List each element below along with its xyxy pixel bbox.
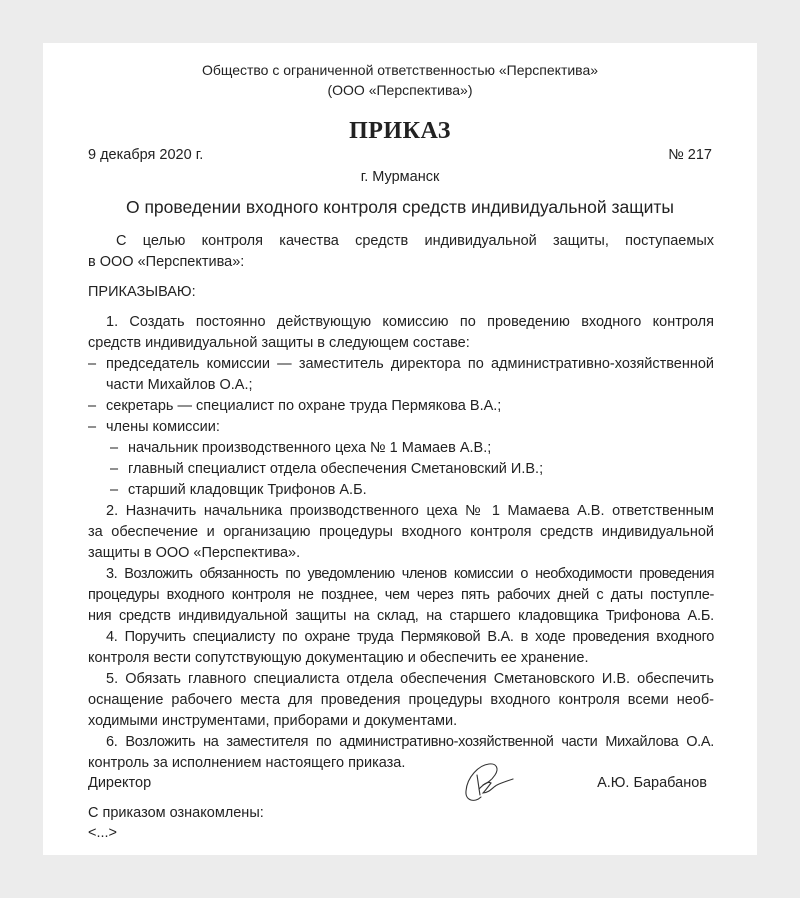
list-item-member: главный специалист отдела обеспечения См… bbox=[128, 459, 543, 479]
document-number: № 217 bbox=[668, 145, 712, 165]
preamble-line: С целью контроля качества средств индиви… bbox=[116, 231, 714, 251]
signer-position: Директор bbox=[88, 773, 151, 793]
paragraph-5: оснащение рабочего места для проведения … bbox=[88, 690, 714, 710]
preamble-line: в ООО «Перспектива»: bbox=[88, 252, 244, 272]
paragraph-1: 1. Создать постоянно действующую комисси… bbox=[106, 312, 714, 332]
paragraph-6: 6. Возложить на заместителя по администр… bbox=[106, 732, 714, 752]
signer-name: А.Ю. Барабанов bbox=[597, 773, 707, 793]
dash: – bbox=[110, 438, 118, 458]
dash: – bbox=[88, 354, 96, 374]
list-item-members: члены комиссии: bbox=[106, 417, 220, 437]
signature-mark-icon bbox=[461, 761, 525, 805]
paragraph-1: средств индивидуальной защиты в следующе… bbox=[88, 333, 470, 353]
list-item-chair: части Михайлов О.А.; bbox=[106, 375, 253, 395]
order-word: ПРИКАЗЫВАЮ: bbox=[88, 282, 196, 302]
acknowledgement-label: С приказом ознакомлены: bbox=[88, 803, 264, 823]
document-date: 9 декабря 2020 г. bbox=[88, 145, 203, 165]
dash: – bbox=[110, 480, 118, 500]
paragraph-2: за обеспечение и организацию процедуры в… bbox=[88, 522, 714, 542]
paragraph-2: защиты в ООО «Перспектива». bbox=[88, 543, 300, 563]
paragraph-6: контроль за исполнением настоящего прика… bbox=[88, 753, 405, 773]
paragraph-2: 2. Назначить начальника производственног… bbox=[106, 501, 714, 521]
acknowledgement-placeholder: <...> bbox=[88, 823, 117, 843]
dash: – bbox=[88, 417, 96, 437]
list-item-secretary: секретарь — специалист по охране труда П… bbox=[106, 396, 501, 416]
organization-full-name: Общество с ограниченной ответственностью… bbox=[43, 60, 757, 80]
paragraph-5: 5. Обязать главного специалиста отдела о… bbox=[106, 669, 714, 689]
list-item-member: старший кладовщик Трифонов А.Б. bbox=[128, 480, 367, 500]
organization-short-name: (ООО «Перспектива») bbox=[43, 80, 757, 100]
dash: – bbox=[110, 459, 118, 479]
paragraph-5: ходимыми инструментами, приборами и доку… bbox=[88, 711, 457, 731]
dash: – bbox=[88, 396, 96, 416]
document-city: г. Мурманск bbox=[43, 167, 757, 187]
paragraph-4: 4. Поручить специалисту по охране труда … bbox=[106, 627, 714, 647]
paragraph-3: 3. Возложить обязанность по уведомлению … bbox=[106, 564, 714, 584]
document-title: ПРИКАЗ bbox=[43, 116, 757, 146]
list-item-member: начальник производственного цеха № 1 Мам… bbox=[128, 438, 491, 458]
paragraph-3: ния средств индивидуальной защиты на скл… bbox=[88, 606, 714, 626]
document-page: Общество с ограниченной ответственностью… bbox=[43, 43, 757, 855]
paragraph-4: контроля вести сопутствующую документаци… bbox=[88, 648, 588, 668]
list-item-chair: председатель комиссии — заместитель дире… bbox=[106, 354, 714, 374]
paragraph-3: процедуры входного контроля не позднее, … bbox=[88, 585, 714, 605]
document-subject: О проведении входного контроля средств и… bbox=[43, 195, 757, 219]
